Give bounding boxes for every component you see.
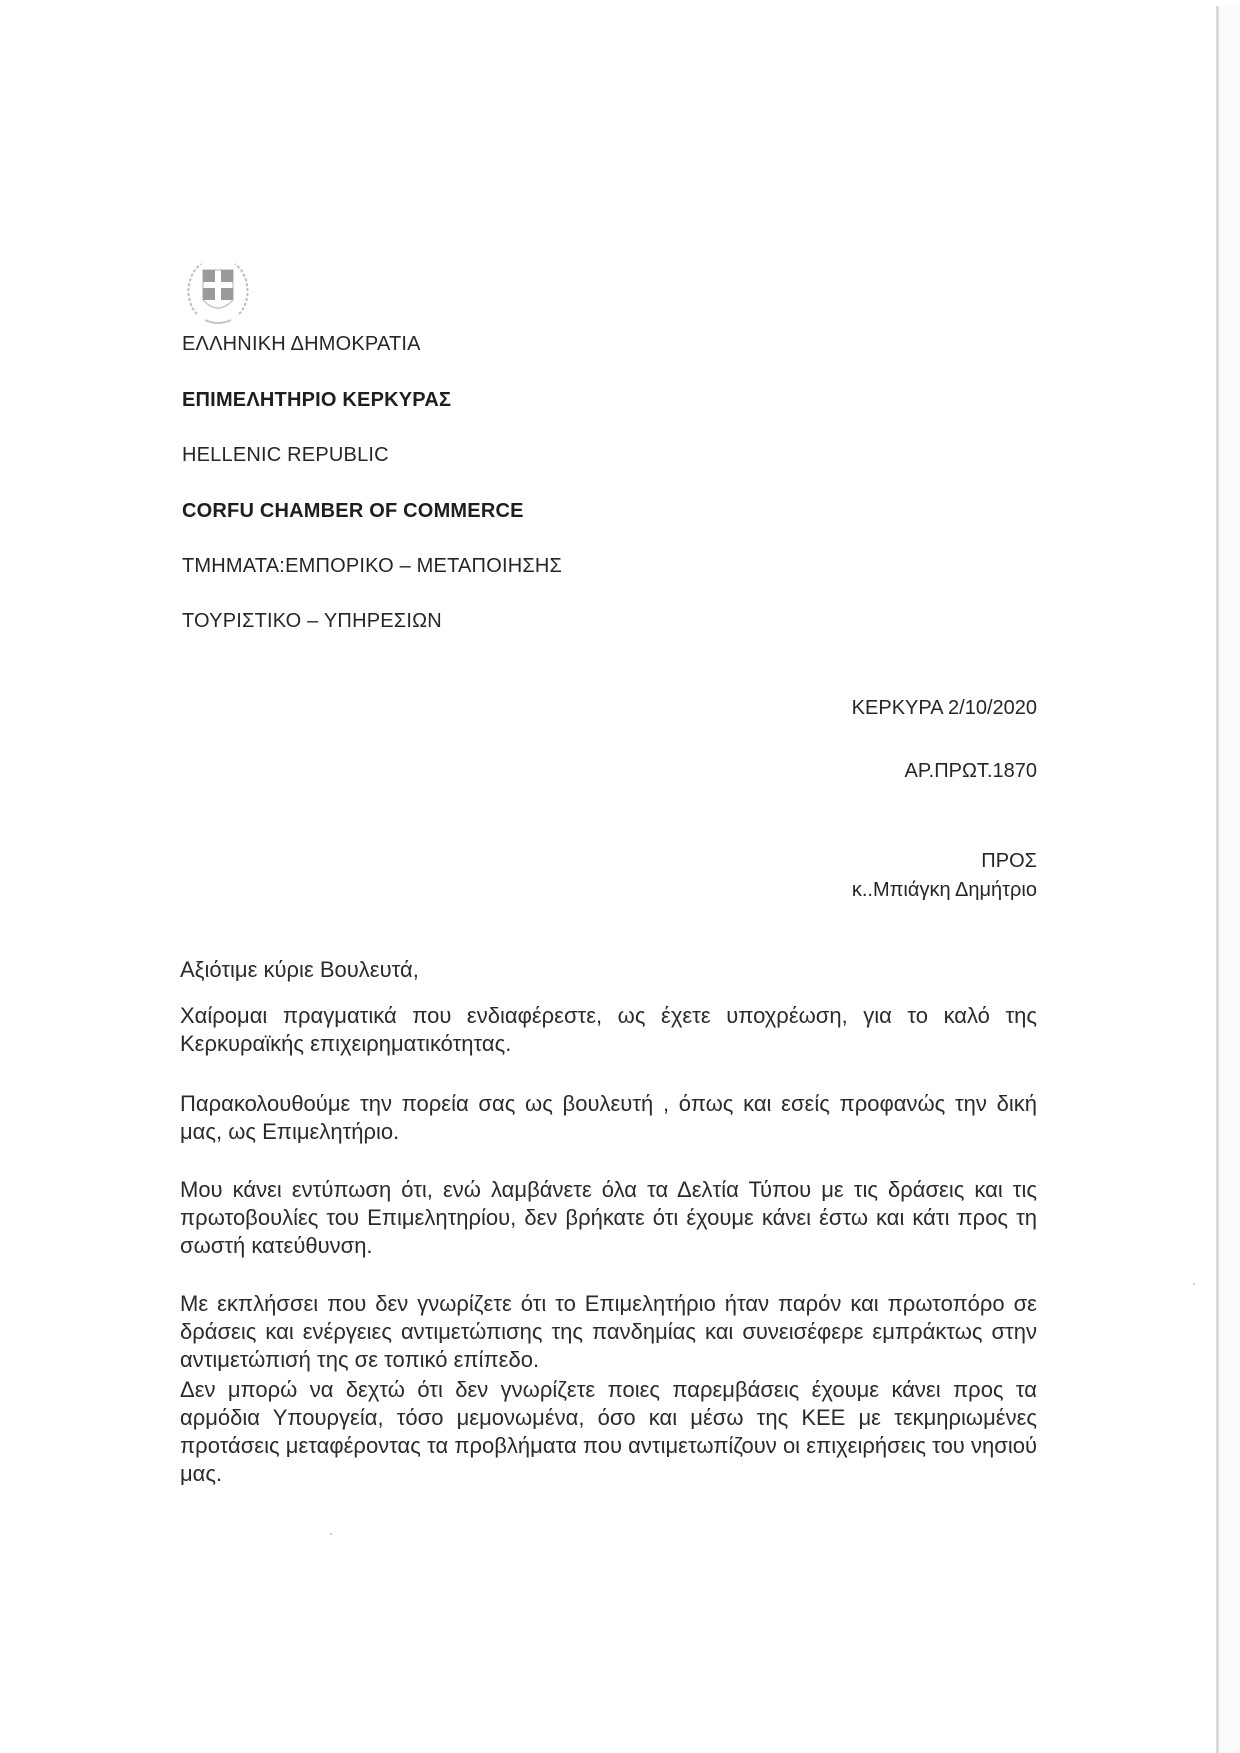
paragraph: Παρακολουθούμε την πορεία σας ως βουλευτ… (180, 1090, 1037, 1146)
organization-name-greek: ΕΠΙΜΕΛΗΤΗΡΙΟ ΚΕΡΚΥΡΑΣ (182, 389, 451, 412)
greek-coat-of-arms-icon (183, 256, 253, 326)
protocol-number: ΑΡ.ΠΡΩΤ.1870 (905, 760, 1037, 783)
scan-speck (1193, 1283, 1195, 1285)
to-label: ΠΡΟΣ (981, 850, 1037, 873)
scan-margin (1219, 6, 1240, 1753)
paragraph: Με εκπλήσσει που δεν γνωρίζετε ότι το Επ… (180, 1290, 1037, 1374)
recipient-name: κ..Μπιάγκη Δημήτριο (852, 879, 1037, 902)
paragraph: Χαίρομαι πραγματικά που ενδιαφέρεστε, ως… (180, 1002, 1037, 1058)
scan-page-edge (1216, 6, 1219, 1753)
place-date: ΚΕΡΚΥΡΑ 2/10/2020 (852, 697, 1037, 720)
paragraph: Μου κάνει εντύπωση ότι, ενώ λαμβάνετε όλ… (180, 1176, 1037, 1260)
scan-speck (330, 1533, 332, 1535)
country-name-english: HELLENIC REPUBLIC (182, 444, 389, 467)
salutation: Αξιότιμε κύριε Βουλευτά, (180, 957, 419, 983)
country-name-greek: ΕΛΛΗΝΙΚΗ ΔΗΜΟΚΡΑΤΙΑ (182, 333, 421, 356)
organization-name-english: CORFU CHAMBER OF COMMERCE (182, 500, 524, 523)
paragraph: Δεν μπορώ να δεχτώ ότι δεν γνωρίζετε ποι… (180, 1376, 1037, 1488)
departments-line-2: ΤΟΥΡΙΣΤΙΚΟ – ΥΠΗΡΕΣΙΩΝ (182, 610, 442, 633)
departments-line-1: ΤΜΗΜΑΤΑ:ΕΜΠΟΡΙΚΟ – ΜΕΤΑΠΟΙΗΣΗΣ (182, 555, 562, 578)
